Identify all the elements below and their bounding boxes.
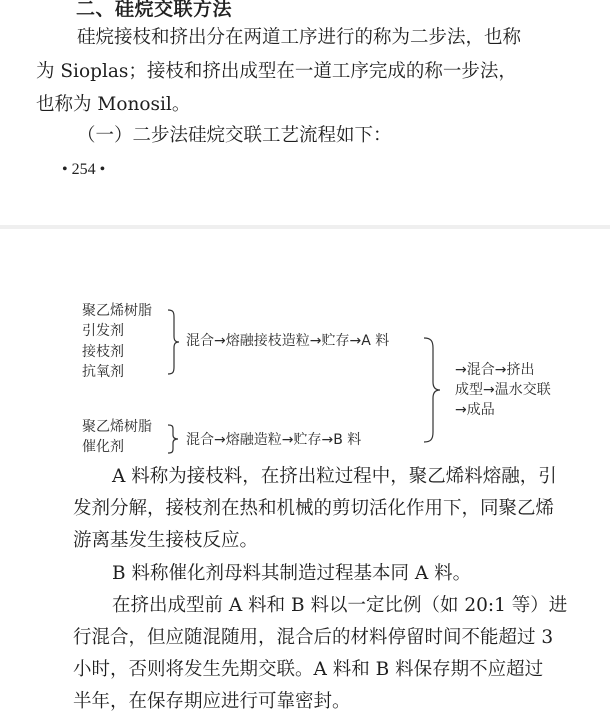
input-label: 催化剂: [82, 437, 124, 458]
process-a: 混合→熔融接枝造粒→贮存→A 料: [186, 331, 389, 352]
input-label: 接枝剂: [82, 342, 124, 363]
paragraph-line: 半年，在保存期应进行可靠密封。: [73, 690, 351, 714]
paragraph-line: B 料称催化剂母料其制造过程基本同 A 料。: [112, 562, 471, 586]
final-process-line: 成型→温水交联: [455, 380, 551, 401]
brace-icon: [166, 424, 182, 454]
input-label: 聚乙烯树脂: [82, 301, 152, 322]
subheading: （一）二步法硅烷交联工艺流程如下：: [77, 124, 392, 148]
final-process-line: →混合→挤出: [455, 360, 534, 381]
paragraph-line: 小时，否则将发生先期交联。A 料和 B 料保存期不应超过: [73, 658, 543, 682]
paragraph-line: 硅烷接枝和挤出分在两道工序进行的称为二步法，也称: [77, 26, 521, 50]
final-process-line: →成品: [455, 400, 495, 421]
input-label: 聚乙烯树脂: [82, 417, 152, 438]
paragraph-line: 行混合，但应随混随用，混合后的材料停留时间不能超过 3: [73, 626, 553, 650]
input-label: 抗氧剂: [82, 362, 124, 383]
paragraph-line: A 料称为接枝料，在挤出粒过程中，聚乙烯料熔融，引: [112, 465, 557, 489]
process-b: 混合→熔融造粒→贮存→B 料: [186, 430, 361, 451]
paragraph-line: 发剂分解，接枝剂在热和机械的剪切活化作用下，同聚乙烯: [73, 497, 554, 521]
page-top: 二、硅烷交联方法 硅烷接枝和挤出分在两道工序进行的称为二步法，也称 为 Siop…: [0, 0, 610, 225]
paragraph-line: 也称为 Monosil。: [36, 93, 190, 117]
input-label: 引发剂: [82, 321, 124, 342]
brace-icon: [166, 309, 182, 375]
paragraph-line: 在挤出成型前 A 料和 B 料以一定比例（如 20:1 等）进: [112, 594, 567, 618]
paragraph-line: 游离基发生接枝反应。: [73, 529, 258, 553]
page-number: • 254 •: [62, 161, 105, 179]
brace-icon: [422, 337, 442, 443]
page-bottom: 聚乙烯树脂 引发剂 接枝剂 抗氧剂 混合→熔融接枝造粒→贮存→A 料 →混合→挤…: [0, 229, 610, 717]
paragraph-line: 为 Sioplas；接枝和挤出成型在一道工序完成的称一步法，: [36, 60, 517, 84]
section-heading: 二、硅烷交联方法: [76, 0, 232, 21]
